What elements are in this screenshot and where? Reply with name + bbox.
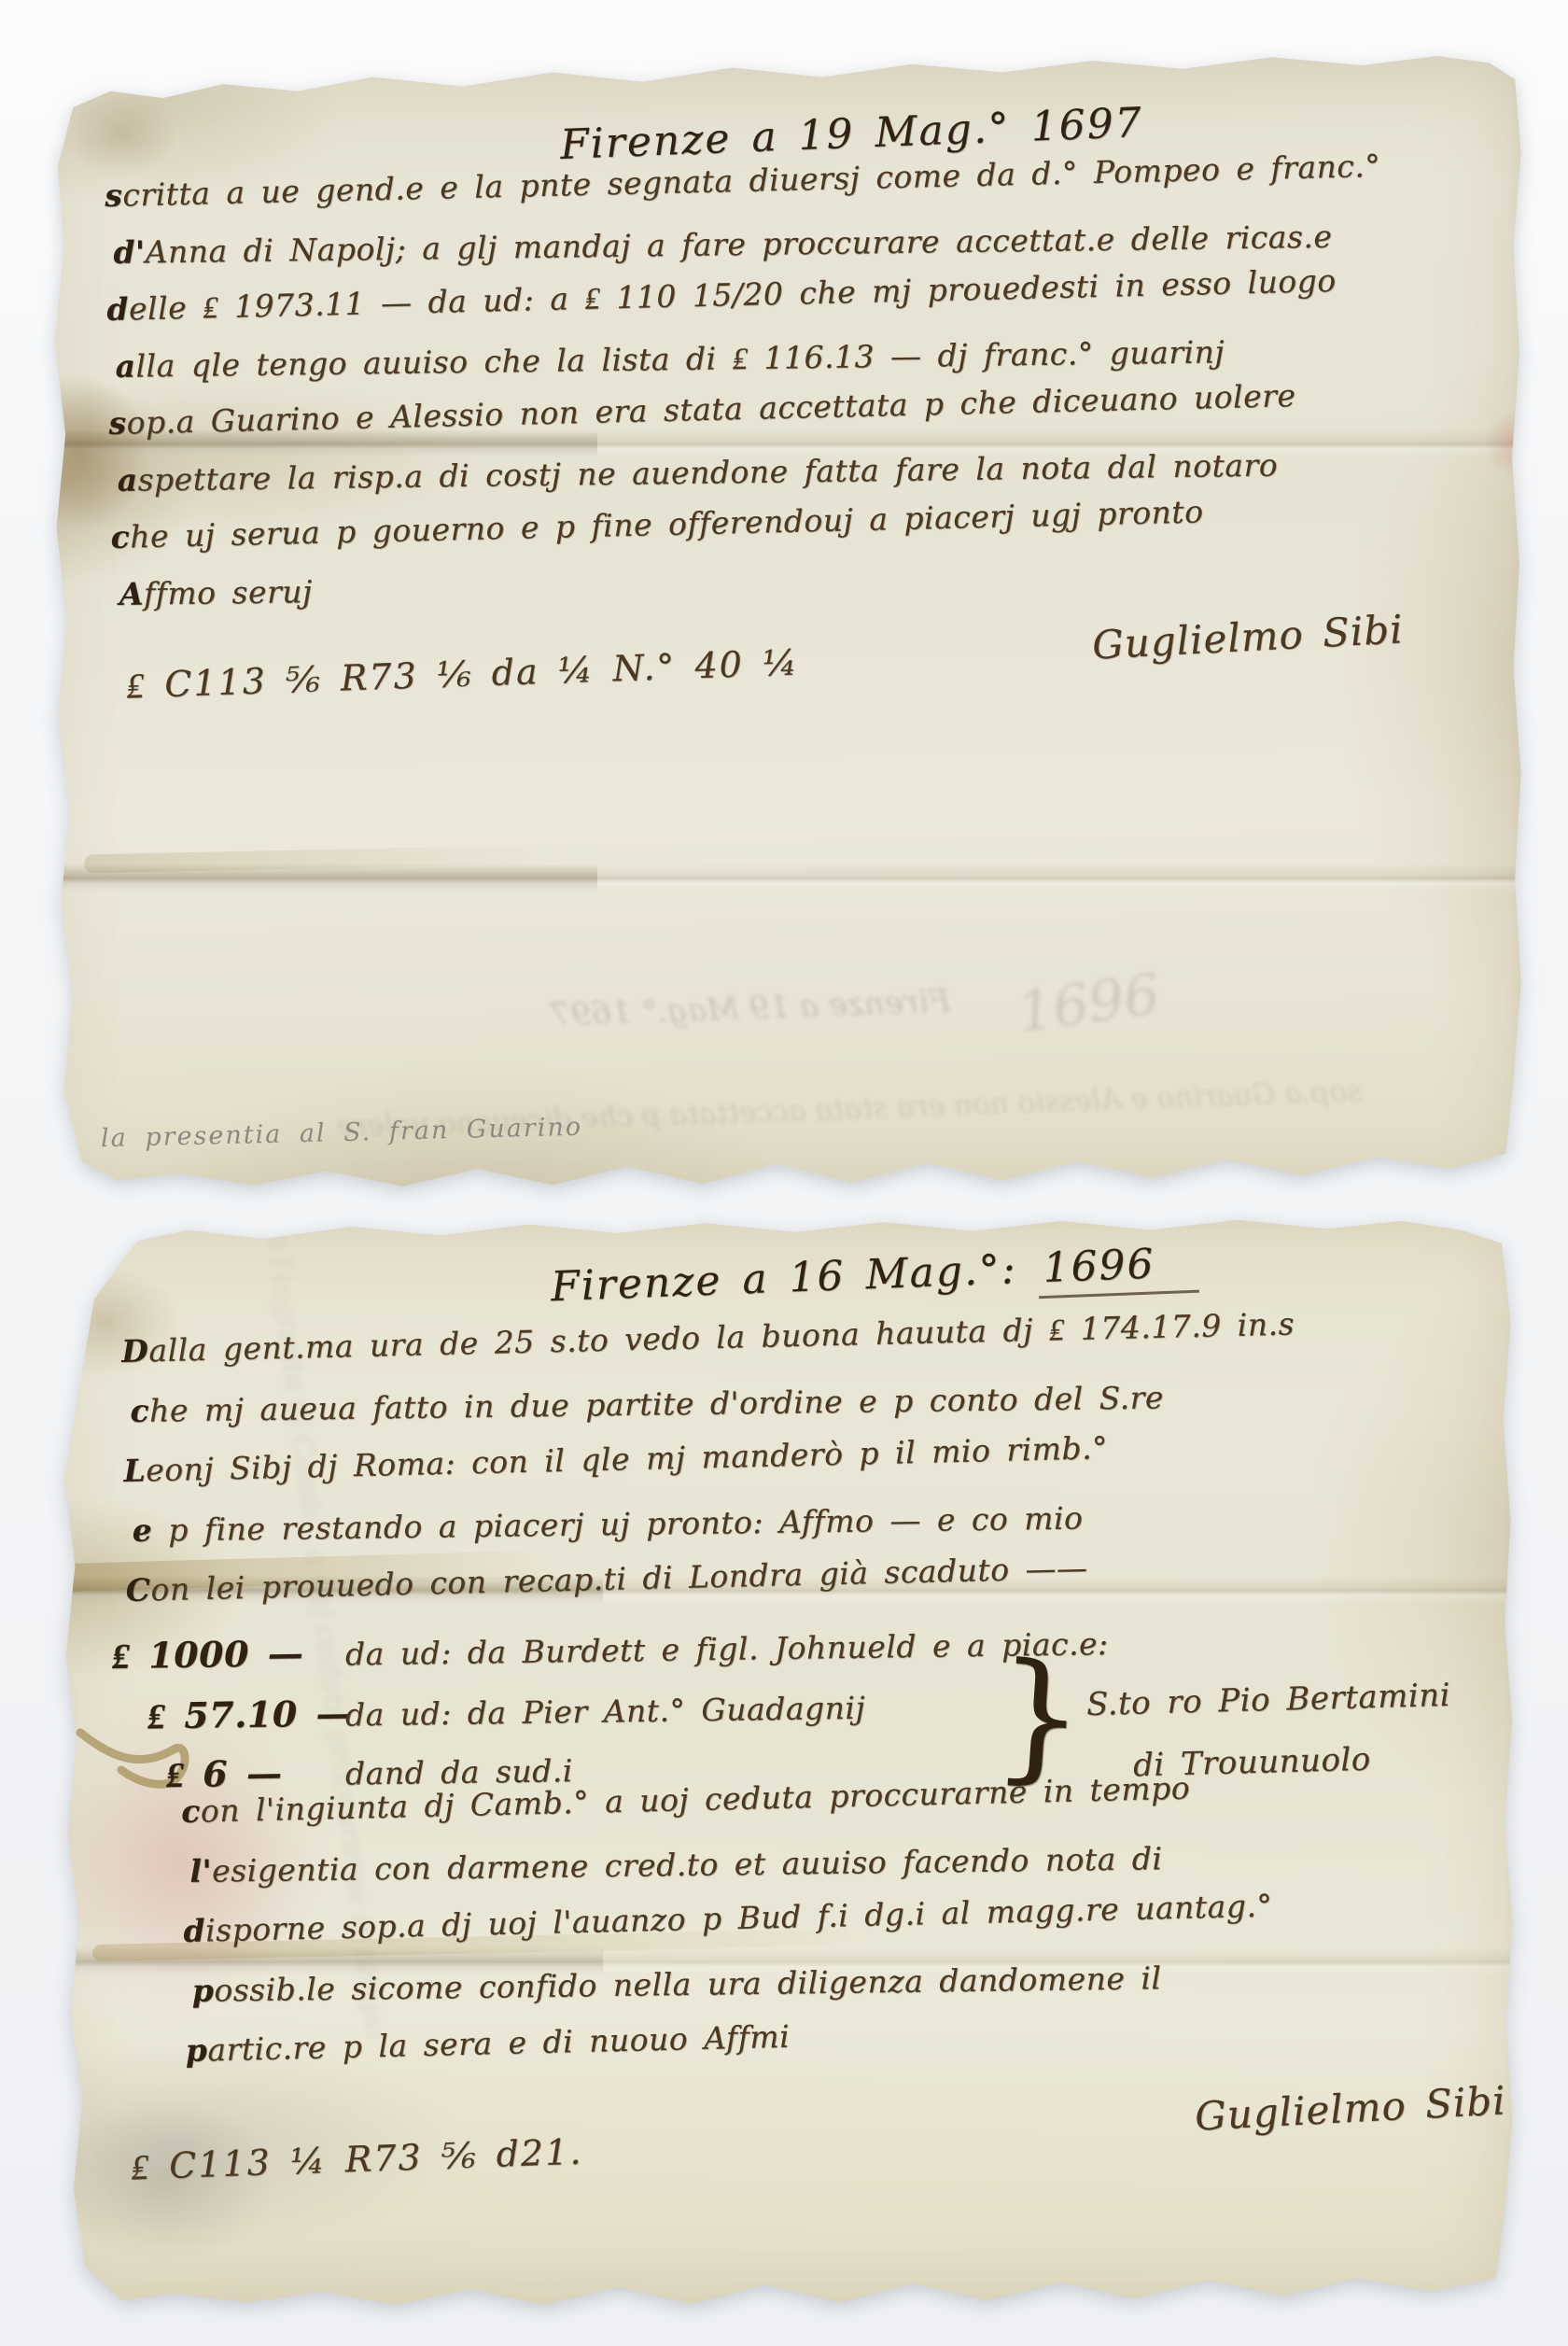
archival-scan-backdrop: Firenze a 19 Mag.° 1697 sop.a Guarino e …: [0, 0, 1568, 2346]
stain: [65, 93, 177, 177]
docket-note: la presentia al S. fran Guarino: [101, 1113, 583, 1154]
dateline-place: Firenze a 16 Mag.°:: [550, 1245, 1017, 1311]
amount-line: ₤ C113 ⅚ R73 ⅙ da ¼ N.° 40 ¼: [125, 641, 799, 707]
ink-showthrough: Firenze a 19 Mag.° 1697: [550, 983, 951, 1034]
letter-sheet-1696: con l'ingiunta dj Camb.° a uoj ceduta pr…: [41, 1210, 1519, 2323]
letter-sheet-1697: Firenze a 19 Mag.° 1697 sop.a Guarino e …: [28, 37, 1527, 1206]
letter-intro-1696: Dalla gent.ma ura de 25 s.to vedo la buo…: [121, 1309, 1496, 1632]
letter-body-1697: scritta a ue gend.e e la pnte segnata di…: [105, 153, 1506, 633]
paper-1696: con l'ingiunta dj Camb.° a uoj ceduta pr…: [41, 1210, 1519, 2323]
paper-1697: Firenze a 19 Mag.° 1697 sop.a Guarino e …: [28, 37, 1527, 1206]
item-text: da ud: da Burdett e figl. Johnueld e a p…: [345, 1625, 1109, 1672]
letter-after-1696: con l'ingiunta dj Camb.° a uoj ceduta pr…: [181, 1770, 1496, 2091]
item-amount: ₤ 1000 —: [112, 1632, 346, 1678]
signature: Guglielmo Sibi: [1194, 2077, 1507, 2139]
item-text: da ud: da Pier Ant.° Guadagnij: [345, 1690, 866, 1734]
items-note-line: S.to ro Pio Bertamini: [1086, 1677, 1451, 1723]
dateline-1696: Firenze a 16 Mag.°: 1696: [550, 1239, 1198, 1312]
item-amount: ₤ 57.10 —: [112, 1693, 346, 1738]
ink-showthrough: 1696: [1014, 962, 1164, 1047]
dateline-year: 1696: [1037, 1239, 1199, 1299]
brace-flourish: }: [990, 1644, 1089, 1790]
amount-item-row: ₤ 57.10 — da ud: da Pier Ant.° Guadagnij: [112, 1685, 866, 1738]
